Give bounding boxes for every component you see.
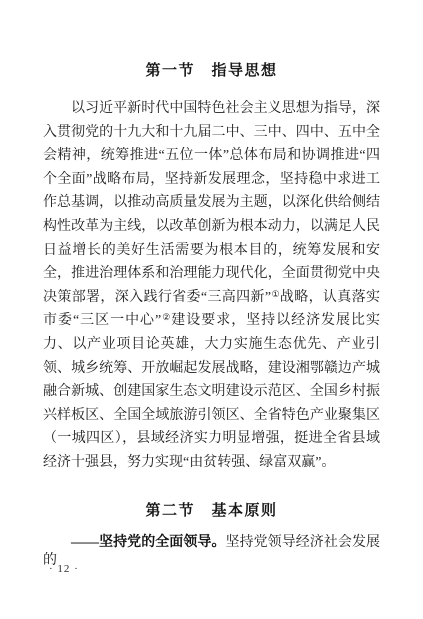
document-page: 第一节 指导思想 以习近平新时代中国特色社会主义思想为指导，深入贯彻党的十九大和…	[0, 0, 423, 619]
section-2-heading: 第二节 基本原则	[43, 499, 380, 520]
section-1-heading: 第一节 指导思想	[43, 59, 380, 80]
principle-lead-bold: ——坚持党的全面领导。	[71, 535, 226, 550]
section-2-paragraph: ——坚持党的全面领导。坚持党领导经济社会发展的	[43, 534, 380, 570]
page-number: · 12 ·	[49, 563, 79, 575]
section-1-paragraph: 以习近平新时代中国特色社会主义思想为指导，深入贯彻党的十九大和十九届二中、三中、…	[43, 97, 380, 475]
